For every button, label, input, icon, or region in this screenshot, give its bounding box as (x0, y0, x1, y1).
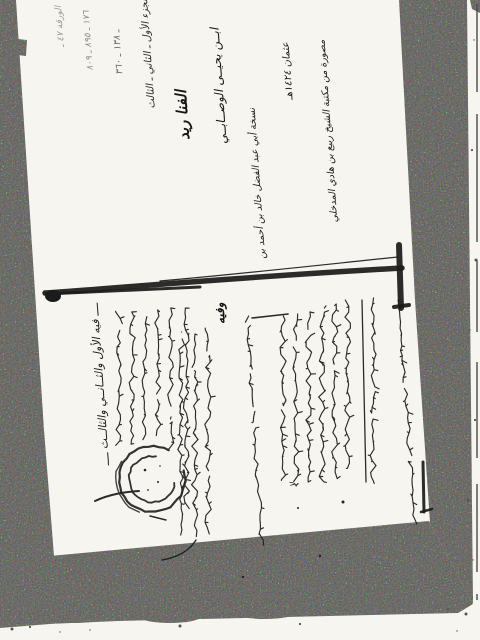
right-block-rule-line (362, 300, 366, 482)
stray-ink-dot (319, 555, 321, 557)
stray-ink-dot (242, 576, 244, 578)
margin-speck (472, 559, 473, 560)
margin-speck (447, 608, 449, 610)
margin-speck (179, 625, 182, 628)
text-block-left-line (142, 317, 150, 440)
seal-ink-dot (144, 469, 147, 472)
margin-speck (11, 628, 14, 631)
margin-speck (29, 626, 31, 628)
text-block-middle-line (192, 334, 202, 537)
right-margin-line (398, 300, 417, 524)
book-edge-right-foot (394, 305, 409, 307)
text-block-left-line (155, 310, 163, 436)
seal-under-tick (150, 516, 166, 520)
margin-speck (465, 613, 468, 616)
margin-speck (474, 419, 476, 421)
right-block-last-line (368, 298, 379, 484)
margin-speck (299, 623, 301, 625)
book-edge-left-blob (45, 290, 61, 302)
text-block-left-line (116, 311, 124, 445)
margin-speck (469, 329, 470, 330)
text-block-left-line (168, 308, 175, 450)
text-block-middle-line (178, 332, 185, 535)
seal-ink-dot (157, 481, 159, 483)
text-block-right-line (305, 312, 315, 482)
text-block-left-line (129, 312, 137, 445)
margin-speck (89, 629, 90, 630)
seal-ink-dot (159, 465, 161, 467)
stray-ink-dot (297, 507, 299, 509)
scanned-manuscript-page: الورقة ٤٧ ـ١٧٦ ـ ٨٩٥ ـ ٨٠٩ـ ١٣٨ ـ ٣٦٠الج… (0, 0, 480, 640)
book-edge-line (45, 268, 402, 293)
page-corner-mark (423, 462, 424, 512)
margin-speck (473, 39, 474, 40)
text-block-right-line (344, 300, 354, 468)
margin-speck (59, 631, 60, 632)
right-block-top-stroke (252, 314, 288, 318)
text-block-right-line (332, 304, 341, 479)
middle-flourish-tail (162, 540, 196, 560)
manuscript-ink-layer (0, 0, 480, 640)
margin-speck (471, 149, 473, 151)
margin-speck (467, 499, 470, 502)
seal-inner-circle (129, 456, 175, 503)
seal-ink-dot (147, 489, 149, 491)
text-block-middle-line (205, 328, 215, 534)
text-block-right-line (280, 316, 288, 480)
text-block-right-line (293, 314, 303, 486)
text-block-right-line (319, 306, 329, 483)
stray-ink-dot (342, 501, 345, 504)
margin-speck (456, 630, 457, 631)
single-slanted-line (245, 316, 264, 545)
margin-speck (475, 259, 478, 262)
book-edge-right-bar (399, 245, 401, 308)
